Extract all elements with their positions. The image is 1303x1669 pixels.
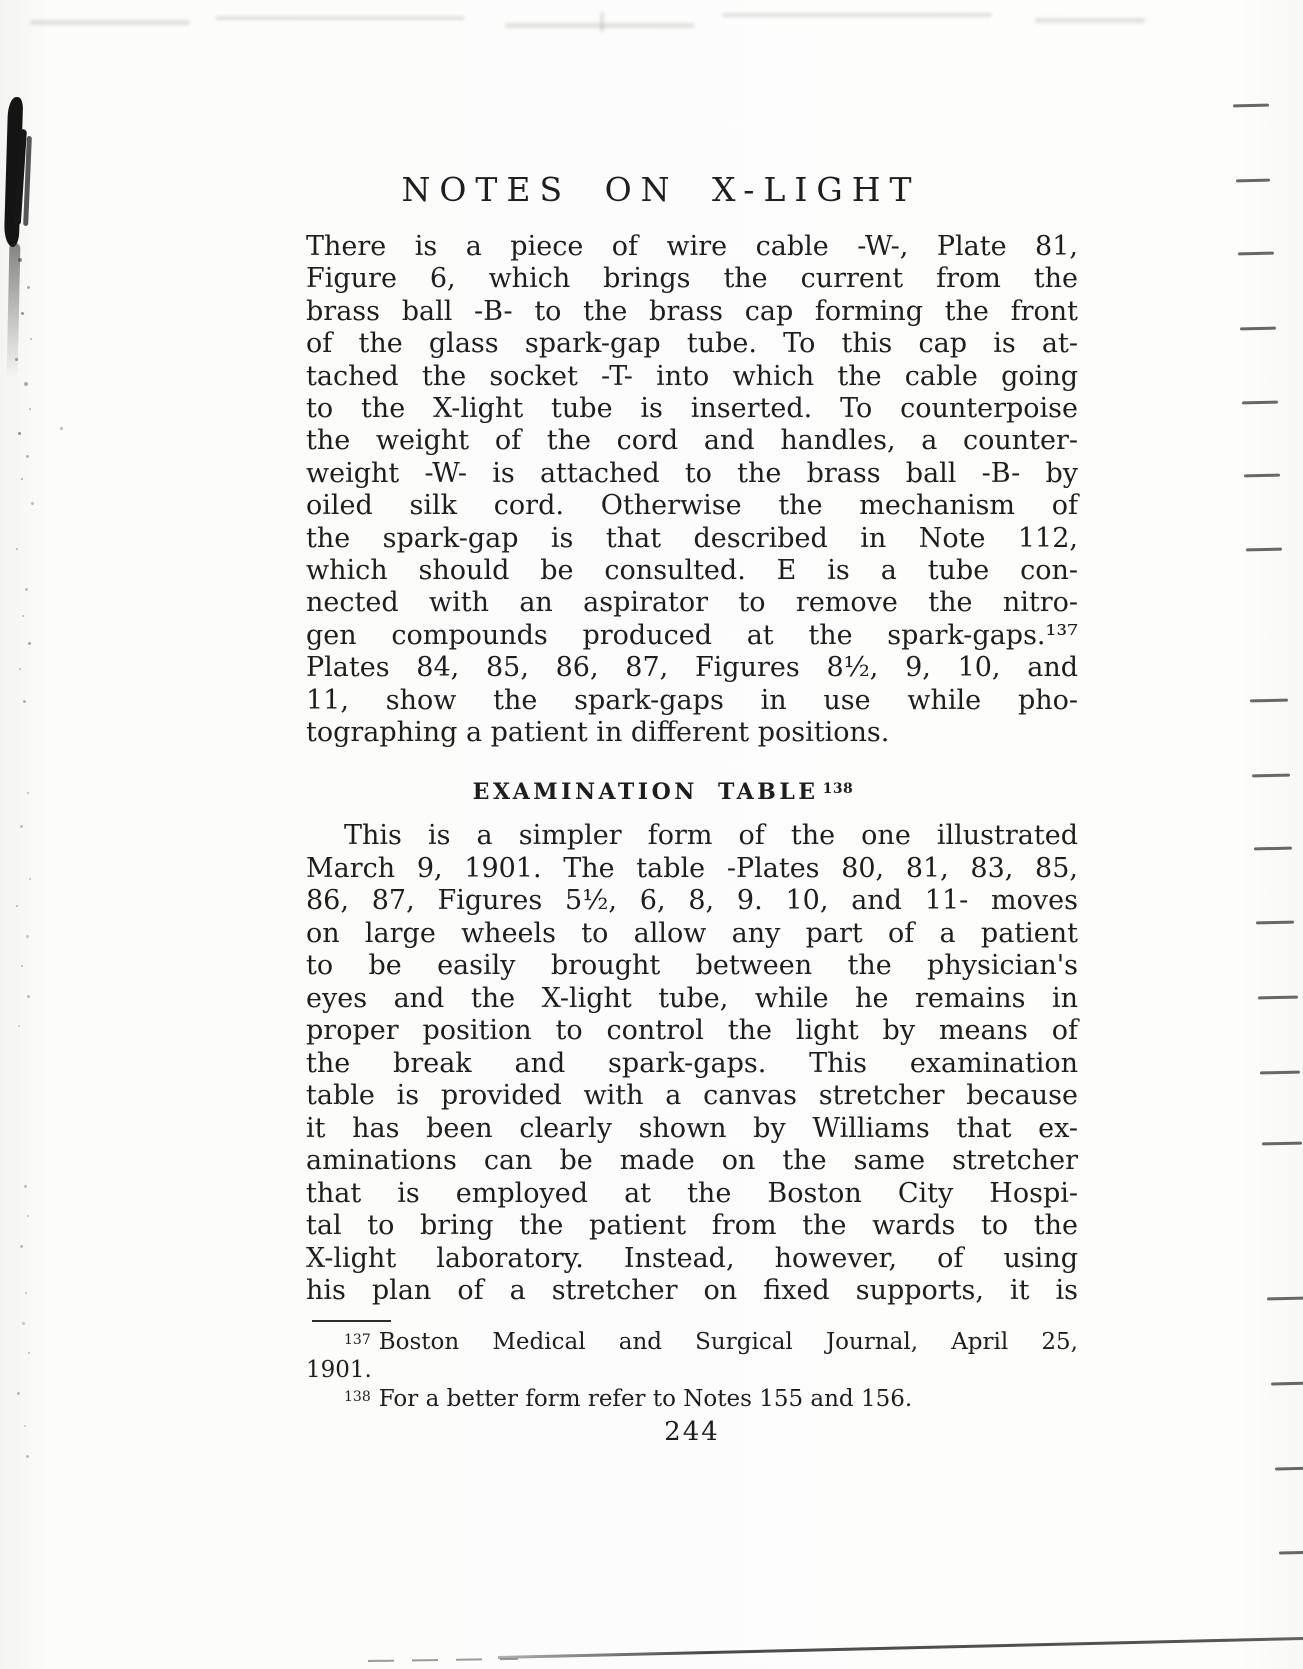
ink-speckle (28, 642, 31, 645)
ink-speckle (18, 432, 21, 435)
scan-smudge (1035, 18, 1145, 23)
ink-speckle (18, 258, 22, 262)
text-line: X-light laboratory. Instead, however, of… (306, 1243, 1078, 1276)
text-line: There is a piece of wire cable -W-, Plat… (306, 231, 1078, 263)
text-line: aminations can be made on the same stret… (306, 1145, 1078, 1178)
book-page: NOTES ON X-LIGHT There is a piece of wir… (0, 0, 1303, 1669)
ink-speckle (27, 286, 30, 289)
text-line: it has been clearly shown by Williams th… (306, 1113, 1078, 1146)
page-title: NOTES ON X-LIGHT (276, 170, 1046, 209)
ink-speckle (26, 1455, 29, 1458)
page-number: 244 (306, 1417, 1078, 1447)
footnote-138: 138For a better form refer to Notes 155 … (306, 1384, 1078, 1414)
ink-speckle (25, 588, 28, 591)
margin-dash (1240, 327, 1276, 331)
ink-speckle (25, 1292, 27, 1294)
margin-dash (1250, 699, 1288, 703)
ink-speckle (18, 1025, 20, 1027)
footnote-divider (312, 1320, 391, 1322)
text-line: gen compounds produced at the spark-gaps… (306, 620, 1078, 652)
ink-speckle (26, 935, 29, 938)
paragraph-examination-table: This is a simpler form of the one illust… (306, 820, 1078, 1308)
ink-speckle (29, 878, 31, 880)
footnote-137-continued: 1901. (306, 1357, 1078, 1385)
text-line: the weight of the cord and handles, a co… (306, 425, 1078, 457)
footnote-text: Boston Medical and Surgical Journal, Apr… (379, 1329, 1078, 1355)
paragraph-spark-gap: There is a piece of wire cable -W-, Plat… (306, 231, 1078, 750)
page-edge-line (498, 1637, 1303, 1659)
ink-smudge (7, 243, 21, 378)
footnotes: 137Boston Medical and Surgical Journal, … (306, 1327, 1078, 1414)
text-line: the break and spark-gaps. This examinati… (306, 1048, 1078, 1081)
ink-speckle (24, 1425, 26, 1427)
ink-speckle (30, 338, 32, 340)
margin-dash (1275, 1467, 1303, 1471)
margin-dash (1267, 1297, 1303, 1301)
margin-dash (1233, 104, 1269, 108)
scan-smudge (30, 20, 190, 25)
text-line: his plan of a stretcher on fixed support… (306, 1275, 1078, 1308)
text-line: proper position to control the light by … (306, 1015, 1078, 1048)
margin-dash (1260, 1071, 1300, 1075)
ink-speckle (27, 1215, 29, 1217)
margin-dash (1279, 1551, 1303, 1555)
text-line: to the X-light tube is inserted. To coun… (306, 393, 1078, 425)
margin-dash (1242, 401, 1278, 405)
ink-speckle (27, 792, 29, 794)
ink-speckle (19, 668, 21, 670)
margin-dash (1271, 1382, 1303, 1386)
margin-dash (1262, 1142, 1302, 1146)
text-line: on large wheels to allow any part of a p… (306, 918, 1078, 951)
ink-speckle (20, 825, 23, 828)
scan-smudge (722, 13, 992, 17)
footnote-text: 1901. (306, 1357, 372, 1383)
text-line: brass ball -B- to the brass cap forming … (306, 296, 1078, 328)
text-line: tographing a patient in different positi… (306, 717, 1078, 749)
text-line: of the glass spark-gap tube. To this cap… (306, 328, 1078, 360)
text-line: This is a simpler form of the one illust… (306, 820, 1078, 853)
ink-speckle (31, 502, 34, 505)
text-line: table is provided with a canvas stretche… (306, 1080, 1078, 1113)
section-heading: EXAMINATION TABLE138 (278, 779, 1048, 805)
footnote-marker-138: 138 (344, 1389, 371, 1405)
margin-dash (1258, 996, 1298, 1000)
footnote-137: 137Boston Medical and Surgical Journal, … (306, 1327, 1078, 1357)
ink-speckle (15, 358, 18, 361)
margin-dash (1236, 179, 1270, 183)
text-line: that is employed at the Boston City Hosp… (306, 1178, 1078, 1211)
text-line: 86, 87, Figures 5½, 6, 8, 9. 10, and 11-… (306, 885, 1078, 918)
margin-dash (1256, 921, 1294, 925)
text-line: weight -W- is attached to the brass ball… (306, 458, 1078, 490)
margin-dash (1252, 774, 1290, 778)
scan-smudge (600, 12, 604, 32)
footnote-text: For a better form refer to Notes 155 and… (379, 1386, 912, 1412)
margin-dash (1246, 548, 1282, 552)
page-edge-line (368, 1658, 518, 1662)
text-line: to be easily brought between the physici… (306, 950, 1078, 983)
ink-speckle (21, 965, 23, 967)
ink-speckle (28, 1352, 30, 1354)
text-line: March 9, 1901. The table -Plates 80, 81,… (306, 853, 1078, 886)
margin-dash (1254, 847, 1292, 851)
ink-speckle (22, 1322, 25, 1325)
ink-speckle (21, 478, 23, 480)
section-heading-text: EXAMINATION TABLE (473, 779, 819, 805)
margin-dash (1244, 474, 1280, 478)
ink-speckle (20, 1245, 23, 1248)
scan-smudge (215, 16, 465, 20)
ink-speckle (27, 995, 30, 998)
text-line: 11, show the spark-gaps in use while pho… (306, 685, 1078, 717)
ink-speckle (60, 427, 63, 430)
text-line: which should be consulted. E is a tube c… (306, 555, 1078, 587)
ink-speckle (21, 312, 24, 315)
ink-speckle (16, 905, 18, 907)
ink-speckle (23, 700, 26, 703)
ink-speckle (17, 1392, 20, 1395)
text-line: Figure 6, which brings the current from … (306, 263, 1078, 295)
ink-speckle (26, 455, 29, 458)
text-line: Plates 84, 85, 86, 87, Figures 8½, 9, 10… (306, 652, 1078, 684)
ink-speckle (29, 408, 31, 410)
footnote-marker-137: 137 (344, 1332, 371, 1348)
ink-speckle (16, 548, 18, 550)
ink-smudge (4, 97, 23, 247)
text-line: nected with an aspirator to remove the n… (306, 587, 1078, 619)
text-line: the spark-gap is that described in Note … (306, 523, 1078, 555)
ink-speckle (24, 382, 28, 386)
text-line: oiled silk cord. Otherwise the mechanism… (306, 490, 1078, 522)
text-line: tal to bring the patient from the wards … (306, 1210, 1078, 1243)
footnote-ref-138: 138 (823, 781, 854, 797)
ink-speckle (24, 1185, 27, 1188)
margin-dash (1238, 252, 1274, 256)
ink-speckle (22, 615, 24, 617)
text-line: eyes and the X-light tube, while he rema… (306, 983, 1078, 1016)
text-line: tached the socket -T- into which the cab… (306, 361, 1078, 393)
